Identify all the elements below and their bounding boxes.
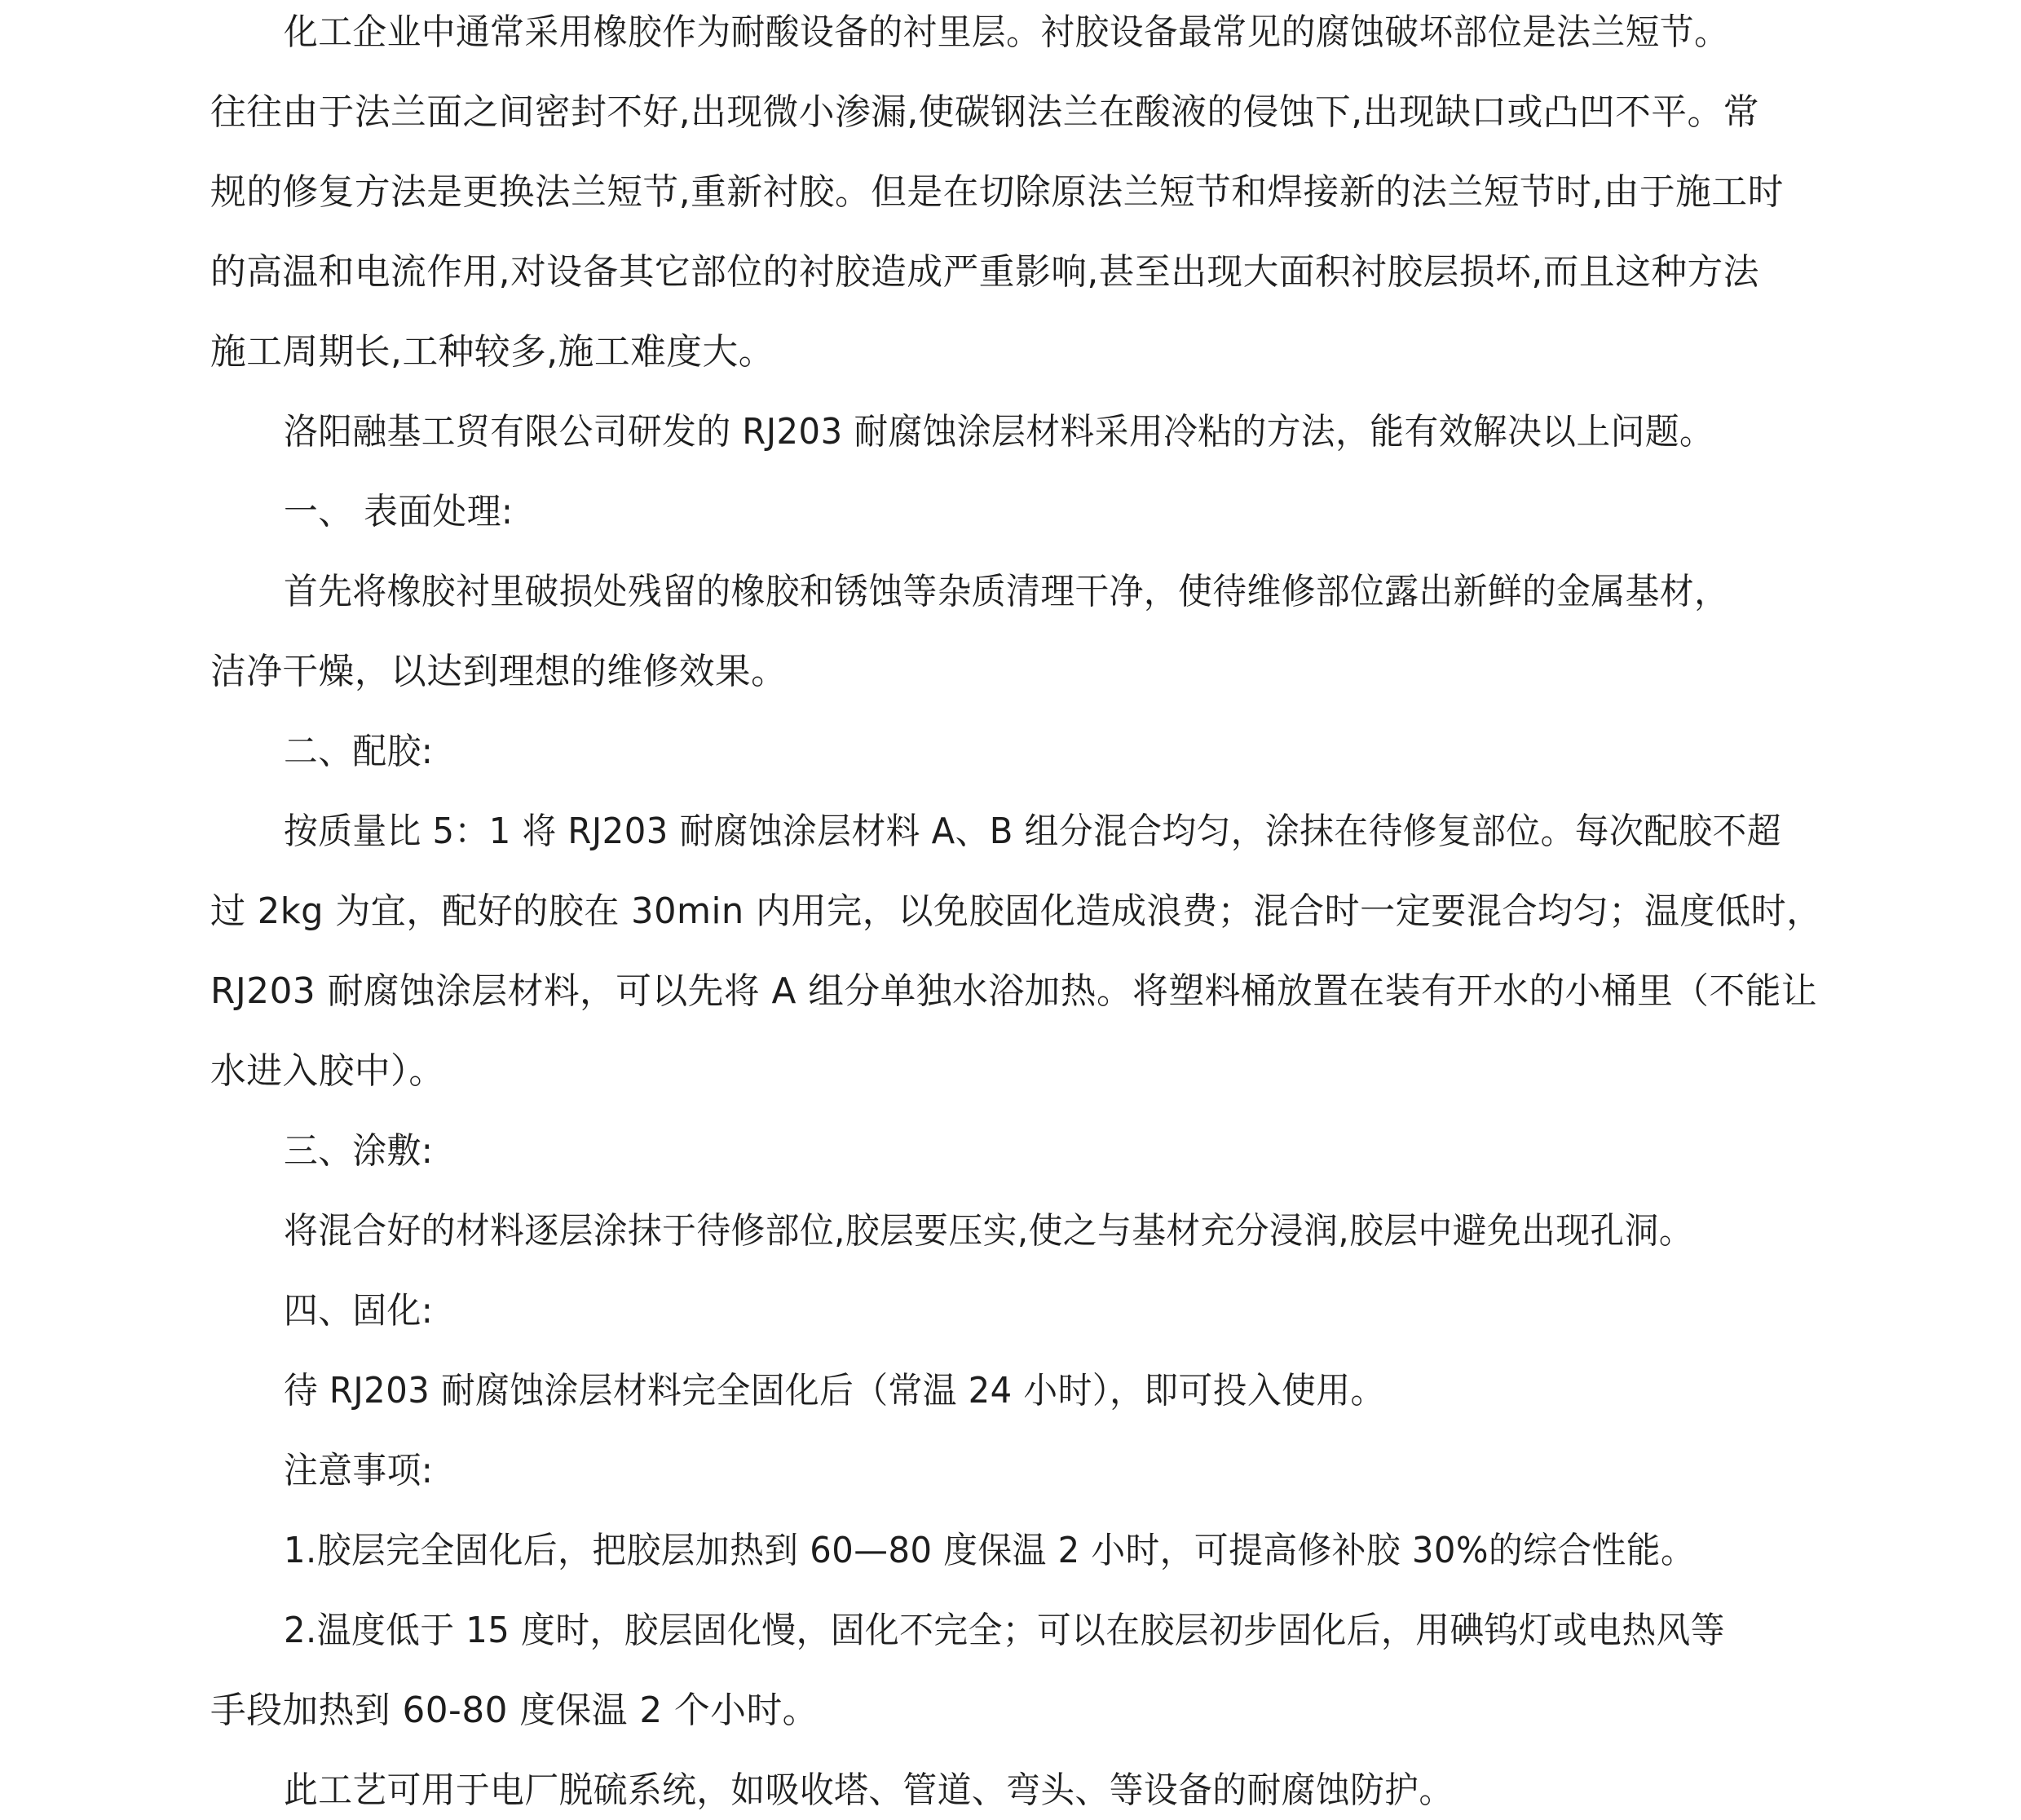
section-heading-curing: 四、固化: <box>284 1287 1822 1336</box>
section-heading-mixing: 二、配胶: <box>284 727 1822 776</box>
paragraph-line: 此工艺可用于电厂脱硫系统，如吸收塔、管道、弯头、等设备的耐腐蚀防护。 <box>284 1766 1822 1815</box>
paragraph-line: 过 2kg 为宜，配好的胶在 30min 内用完，以免胶固化造成浪费；混合时一定… <box>210 887 1800 936</box>
document-page: 化工企业中通常采用橡胶作为耐酸设备的衬里层。衬胶设备最常见的腐蚀破坏部位是法兰短… <box>0 0 2021 1820</box>
note-item-2: 2.温度低于 15 度时，胶层固化慢，固化不完全；可以在胶层初步固化后，用碘钨灯… <box>284 1606 1822 1655</box>
section-heading-surface-treatment: 一、 表面处理: <box>284 488 1822 537</box>
section-heading-notes: 注意事项: <box>284 1447 1822 1495</box>
paragraph-line: 规的修复方法是更换法兰短节,重新衬胶。但是在切除原法兰短节和焊接新的法兰短节时,… <box>210 168 1822 217</box>
note-item-1: 1.胶层完全固化后，把胶层加热到 60—80 度保温 2 小时，可提高修补胶 3… <box>284 1526 1822 1575</box>
paragraph-line: 将混合好的材料逐层涂抹于待修部位,胶层要压实,使之与基材充分浸润,胶层中避免出现… <box>284 1207 1822 1256</box>
paragraph-line: 手段加热到 60-80 度保温 2 个小时。 <box>210 1686 1822 1735</box>
paragraph-line: 首先将橡胶衬里破损处残留的橡胶和锈蚀等杂质清理干净，使待维修部位露出新鲜的金属基… <box>284 568 1822 616</box>
paragraph-line: 按质量比 5：1 将 RJ203 耐腐蚀涂层材料 A、B 组分混合均匀，涂抹在待… <box>284 807 1822 856</box>
paragraph-line: 水进入胶中）。 <box>210 1047 1822 1096</box>
paragraph-line: 洛阳融基工贸有限公司研发的 RJ203 耐腐蚀涂层材料采用冷粘的方法，能有效解决… <box>284 408 1822 457</box>
paragraph-line: 洁净干燥，以达到理想的维修效果。 <box>210 647 1822 696</box>
paragraph-line: 施工周期长,工种较多,施工难度大。 <box>210 328 1822 377</box>
paragraph-line: 化工企业中通常采用橡胶作为耐酸设备的衬里层。衬胶设备最常见的腐蚀破坏部位是法兰短… <box>284 8 1822 57</box>
paragraph-line: 待 RJ203 耐腐蚀涂层材料完全固化后（常温 24 小时），即可投入使用。 <box>284 1367 1822 1416</box>
section-heading-coating: 三、涂敷: <box>284 1127 1822 1176</box>
paragraph-line: RJ203 耐腐蚀涂层材料，可以先将 A 组分单独水浴加热。将塑料桶放置在装有开… <box>210 967 1822 1016</box>
paragraph-line: 的高温和电流作用,对设备其它部位的衬胶造成严重影响,甚至出现大面积衬胶层损坏,而… <box>210 248 1822 297</box>
paragraph-line: 往往由于法兰面之间密封不好,出现微小渗漏,使碳钢法兰在酸液的侵蚀下,出现缺口或凸… <box>210 88 1822 137</box>
